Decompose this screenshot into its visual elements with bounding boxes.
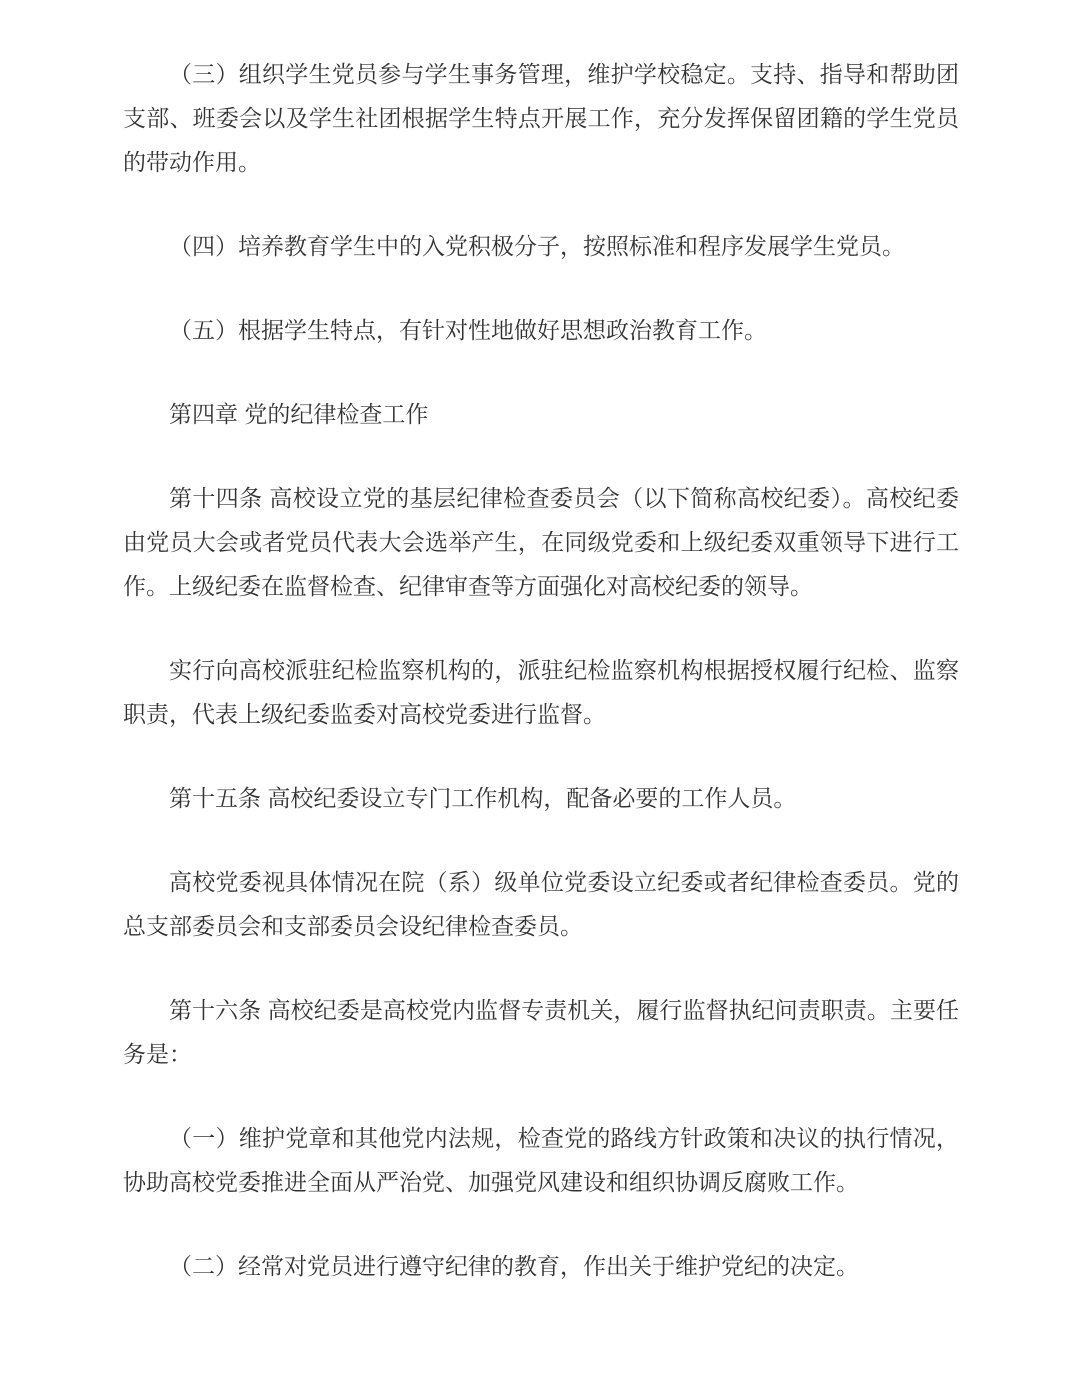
chapter-heading: 第四章 党的纪律检查工作 [123,392,959,436]
article-14-paragraph: 第十四条 高校设立党的基层纪律检查委员会（以下简称高校纪委）。高校纪委由党员大会… [123,476,959,608]
article-15-paragraph: 第十五条 高校纪委设立专门工作机构，配备必要的工作人员。 [123,776,959,820]
paragraph-item-4: （四）培养教育学生中的入党积极分子，按照标准和程序发展学生党员。 [123,224,959,268]
document-body: （三）组织学生党员参与学生事务管理，维护学校稳定。支持、指导和帮助团支部、班委会… [0,0,1080,1288]
article-14-sub-paragraph: 实行向高校派驻纪检监察机构的，派驻纪检监察机构根据授权履行纪检、监察职责，代表上… [123,648,959,736]
article-16-paragraph: 第十六条 高校纪委是高校党内监督专责机关，履行监督执纪问责职责。主要任务是： [123,988,959,1076]
article-15-sub-paragraph: 高校党委视具体情况在院（系）级单位党委设立纪委或者纪律检查委员。党的总支部委员会… [123,860,959,948]
task-item-2: （二）经常对党员进行遵守纪律的教育，作出关于维护党纪的决定。 [123,1244,959,1288]
paragraph-item-3: （三）组织学生党员参与学生事务管理，维护学校稳定。支持、指导和帮助团支部、班委会… [123,52,959,184]
paragraph-item-5: （五）根据学生特点，有针对性地做好思想政治教育工作。 [123,308,959,352]
task-item-1: （一）维护党章和其他党内法规，检查党的路线方针政策和决议的执行情况，协助高校党委… [123,1116,959,1204]
